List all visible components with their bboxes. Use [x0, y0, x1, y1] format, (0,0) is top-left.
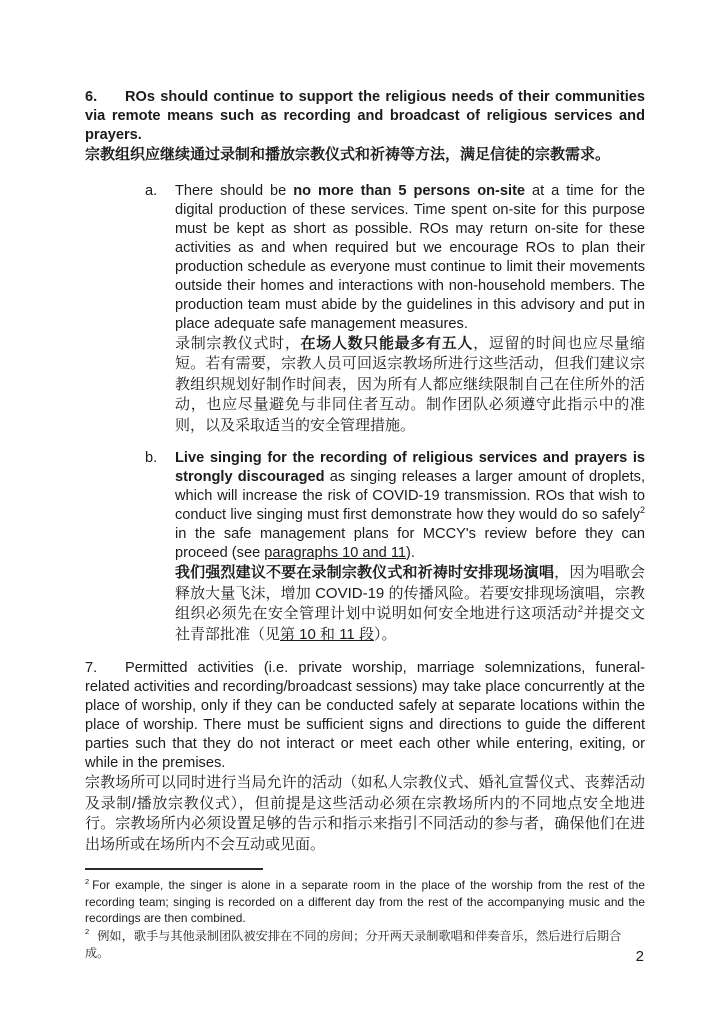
- paragraph-7-english: 7.Permitted activities (i.e. private wor…: [85, 659, 645, 773]
- paragraph-6-text-en: ROs should continue to support the relig…: [85, 89, 645, 143]
- footnote-2-chinese: 2例如，歌手与其他录制团队被安排在不同的房间；分开两天录制歌唱和伴奏音乐，然后进…: [85, 928, 645, 962]
- page-number: 2: [636, 948, 644, 965]
- paragraph-7-text-zh: 宗教场所可以同时进行当局允许的活动（如私人宗教仪式、婚礼宣誓仪式、丧葬活动及录制…: [85, 773, 645, 855]
- paragraph-7: 7.Permitted activities (i.e. private wor…: [85, 659, 645, 855]
- footnote-2-english: 2For example, the singer is alone in a s…: [85, 877, 645, 927]
- item-b-en-text-3: ).: [406, 545, 415, 561]
- paragraph-6-english: 6.ROs should continue to support the rel…: [85, 88, 645, 145]
- list-item-a-chinese: 录制宗教仪式时，在场人数只能最多有五人，逗留的时间也应尽量缩短。若有需要，宗教人…: [175, 334, 645, 437]
- list-item-b-chinese: 我们强烈建议不要在录制宗教仪式和祈祷时安排现场演唱，因为唱歌会释放大量飞沫，增加…: [175, 563, 645, 645]
- paragraph-7-number: 7.: [85, 659, 125, 678]
- item-a-en-bold: no more than 5 persons on-site: [293, 183, 525, 199]
- footnote-2-text-en: For example, the singer is alone in a se…: [85, 878, 645, 925]
- footnote-2-marker-zh: 2: [85, 927, 89, 936]
- list-item-b-label: b.: [145, 449, 175, 645]
- list-item-a-body: There should be no more than 5 persons o…: [175, 182, 645, 437]
- footnotes: 2For example, the singer is alone in a s…: [85, 877, 645, 962]
- paragraph-6-number: 6.: [85, 88, 125, 107]
- item-a-zh-text-1: 录制宗教仪式时，: [175, 335, 301, 352]
- item-a-en-text-1: There should be: [175, 183, 293, 199]
- list-item-b-body: Live singing for the recording of religi…: [175, 449, 645, 645]
- list-item-a-label: a.: [145, 182, 175, 437]
- cross-reference-paragraphs-10-11-zh: 第 10 和 11 段: [280, 626, 374, 643]
- document-page: 6.ROs should continue to support the rel…: [0, 0, 724, 1024]
- footnote-2-text-zh: 例如，歌手与其他录制团队被安排在不同的房间；分开两天录制歌唱和伴奏音乐，然后进行…: [85, 929, 621, 960]
- footnote-divider: [85, 868, 263, 870]
- item-b-zh-text-3: ）。: [374, 626, 397, 643]
- item-a-en-text-2: at a time for the digital production of …: [175, 183, 645, 332]
- list-item-b-english: Live singing for the recording of religi…: [175, 449, 645, 563]
- list-item-a: a. There should be no more than 5 person…: [145, 182, 645, 437]
- list-item-b: b. Live singing for the recording of rel…: [145, 449, 645, 645]
- item-a-zh-bold: 在场人数只能最多有五人: [301, 335, 474, 352]
- paragraph-7-text-en: Permitted activities (i.e. private worsh…: [85, 660, 645, 771]
- list-item-a-english: There should be no more than 5 persons o…: [175, 182, 645, 334]
- footnote-2-marker-en: 2: [85, 877, 89, 886]
- cross-reference-paragraphs-10-11-en: paragraphs 10 and 11: [264, 545, 406, 561]
- item-b-zh-bold: 我们强烈建议不要在录制宗教仪式和祈祷时安排现场演唱: [175, 564, 554, 581]
- paragraph-6: 6.ROs should continue to support the rel…: [85, 88, 645, 166]
- paragraph-6-text-zh: 宗教组织应继续通过录制和播放宗教仪式和祈祷等方法，满足信徒的宗教需求。: [85, 145, 645, 166]
- footnote-ref-2-en: 2: [640, 505, 645, 515]
